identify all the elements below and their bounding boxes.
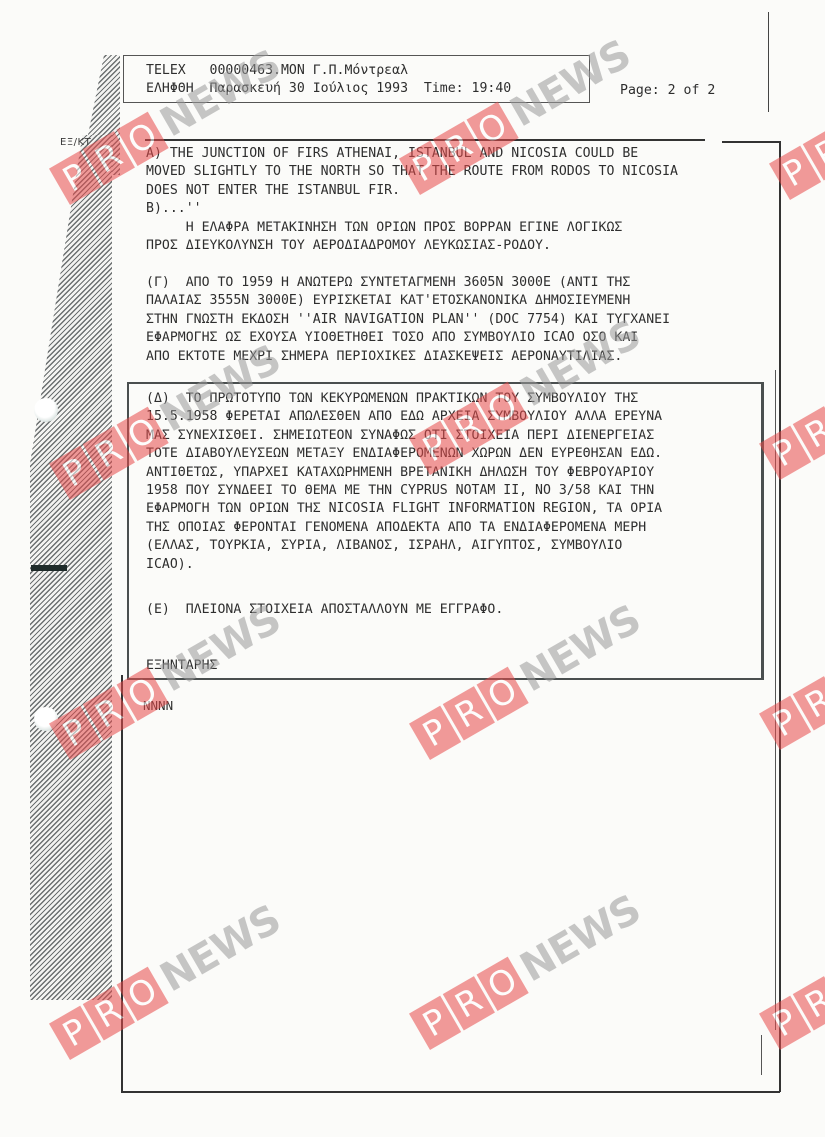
frame-divider	[761, 1035, 762, 1075]
section-d-text: (Δ) ΤΟ ΠΡΩΤΟΤΥΠΟ ΤΩΝ ΚΕΚΥΡΩΜΕΝΩΝ ΠΡΑΚΤΙΚ…	[146, 390, 662, 574]
side-label: ΕΞ/ΚΤ	[60, 137, 91, 148]
frame-divider	[768, 12, 769, 112]
end-marker: NNNN	[143, 697, 173, 715]
punch-hole-icon	[34, 707, 58, 731]
punch-hole-icon	[34, 398, 58, 422]
frame-divider	[121, 675, 123, 1092]
pronews-watermark: PRONEWS	[759, 888, 825, 1050]
pronews-watermark: PRONEWS	[759, 588, 825, 750]
pronews-watermark: PRONEWS	[769, 38, 825, 200]
section-g-text: (Γ) ΑΠΟ ΤΟ 1959 Η ΑΝΩΤΕΡΩ ΣΥΝΤΕΤΑΓΜΕΝΗ 3…	[146, 274, 670, 366]
telex-header-line-1: TELEX 00000463.MON Γ.Π.Μόντρεαλ	[146, 63, 408, 78]
frame-divider	[722, 141, 780, 143]
section-e-text: (Ε) ΠΛΕΙΟΝΑ ΣΤΟΙΧΕΙΑ ΑΠΟΣΤΑΛΛΟΥΝ ΜΕ ΕΓΓΡ…	[146, 601, 503, 619]
page-number: Page: 2 of 2	[620, 83, 715, 98]
frame-divider	[775, 370, 776, 1030]
frame-divider	[121, 1091, 780, 1093]
telex-header-line-2: ΕΛΗΦΘΗ Παρασκευή 30 Ιούλιος 1993 Time: 1…	[146, 81, 511, 96]
binder-tab-mark	[31, 565, 67, 571]
pronews-watermark: PRONEWS	[759, 318, 825, 480]
signature: ΕΞΗΝΤΑΡΗΣ	[146, 657, 217, 675]
frame-divider	[779, 141, 781, 1092]
section-a-text: A) THE JUNCTION OF FIRS ATHENAI, ISTANBU…	[146, 145, 678, 255]
frame-divider	[145, 139, 705, 141]
telex-header-box: TELEX 00000463.MON Γ.Π.Μόντρεαλ ΕΛΗΦΘΗ Π…	[123, 55, 590, 103]
pronews-watermark: PRONEWS	[409, 888, 647, 1050]
